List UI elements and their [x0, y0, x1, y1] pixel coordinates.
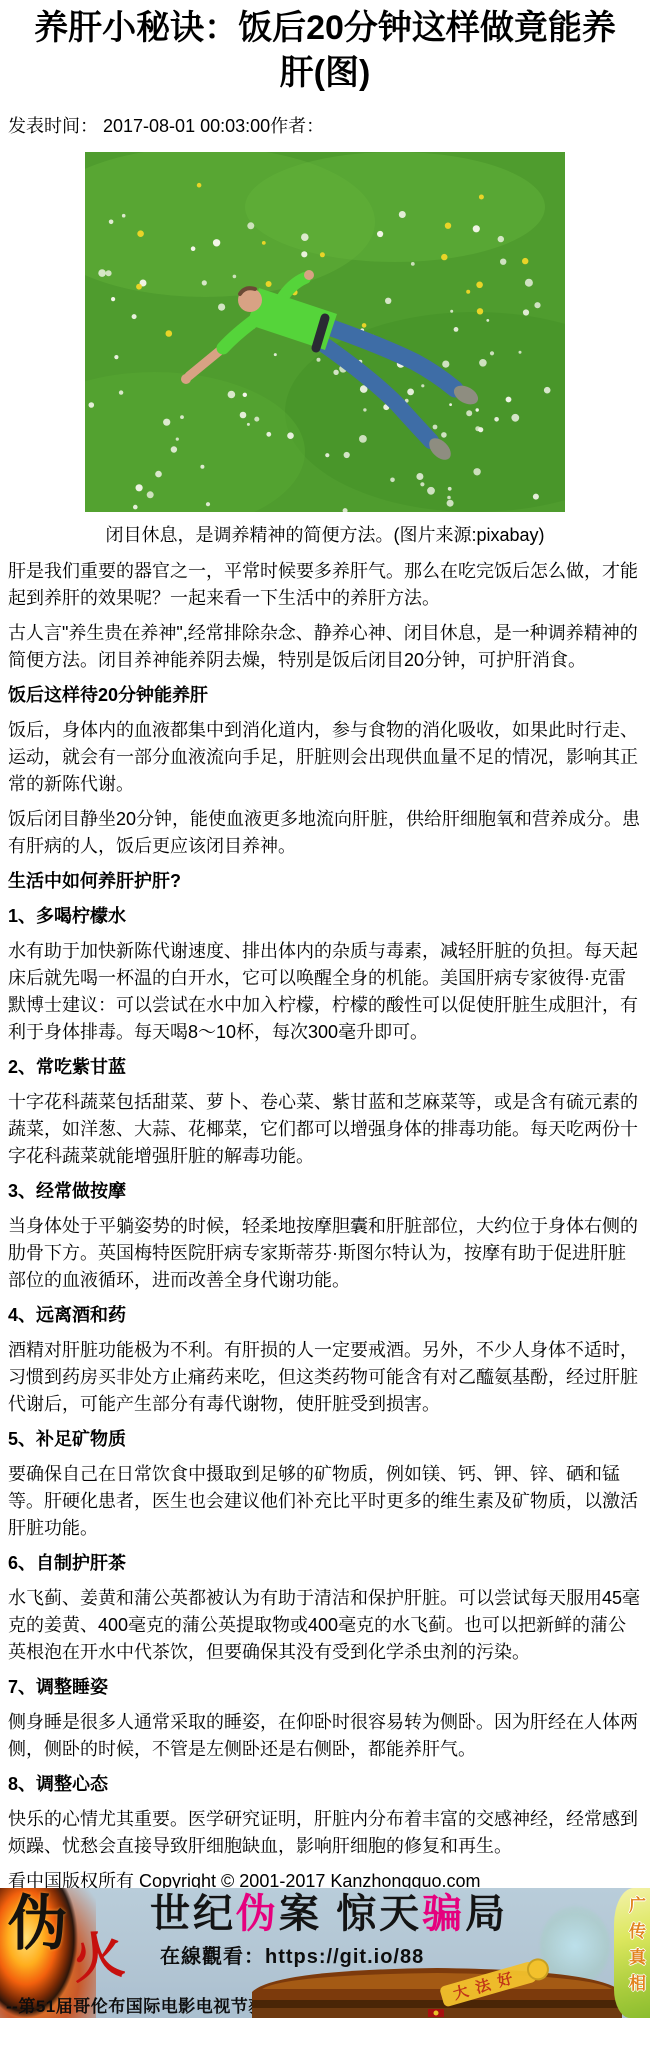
ad-fire-char-top: 伪 [8, 1894, 68, 1954]
paragraph: 饭后，身体内的血液都集中到消化道内，参与食物的消化吸收，如果此时行走、运动，就会… [8, 717, 642, 798]
grass-photo-illustration [85, 152, 565, 512]
paragraph: 快乐的心情尤其重要。医学研究证明，肝脏内分布着丰富的交感神经，经常感到烦躁、忧愁… [8, 1806, 642, 1860]
section-heading: 饭后这样待20分钟能养肝 [8, 682, 642, 709]
ad-side-slogan: 广传真相 [627, 1896, 644, 2000]
section-heading: 5、补足矿物质 [8, 1426, 642, 1453]
paragraph: 饭后闭目静坐20分钟，能使血液更多地流向肝脏，供给肝细胞氧和营养成分。患有肝病的… [8, 806, 642, 860]
paragraph: 水飞蓟、姜黄和蒲公英都被认为有助于清洁和保护肝脏。可以尝试每天服用45毫克的姜黄… [8, 1585, 642, 1666]
palace-roof-graphic: 大法好 [252, 1940, 622, 2018]
article-body: 肝是我们重要的器官之一，平常时候要多养肝气。那么在吃完饭后怎么做，才能起到养肝的… [0, 558, 650, 1860]
section-heading: 4、远离酒和药 [8, 1302, 642, 1329]
ad-headline-part: 案 惊天 [279, 1892, 422, 1936]
ad-fire-char-bottom: 火 [69, 1929, 128, 1988]
section-heading: 1、多喝柠檬水 [8, 903, 642, 930]
ad-headline-part: 伪 [236, 1892, 279, 1936]
article-photo [85, 152, 565, 512]
photo-caption: 闭目休息，是调养精神的简便方法。(图片来源:pixabay) [8, 522, 642, 548]
paragraph: 古人言"养生贵在养神",经常排除杂念、静养心神、闭目休息，是一种调养精神的简便方… [8, 620, 642, 674]
ad-headline-part: 局 [465, 1892, 508, 1936]
page-title: 养肝小秘诀：饭后20分钟这样做竟能养肝(图) [19, 6, 631, 96]
section-heading: 2、常吃紫甘蓝 [8, 1054, 642, 1081]
paragraph: 肝是我们重要的器官之一，平常时候要多养肝气。那么在吃完饭后怎么做，才能起到养肝的… [8, 558, 642, 612]
ad-banner[interactable]: 伪 火 世纪伪案 惊天骗局 在線觀看：https://git.io/88 --第… [0, 1888, 650, 2018]
paragraph: 十字花科蔬菜包括甜菜、萝卜、卷心菜、紫甘蓝和芝麻菜等，或是含有硫元素的蔬菜，如洋… [8, 1089, 642, 1170]
section-heading: 3、经常做按摩 [8, 1178, 642, 1205]
section-heading: 8、调整心态 [8, 1771, 642, 1798]
ad-headline: 世纪伪案 惊天骗局 [150, 1892, 508, 1936]
paragraph: 侧身睡是很多人通常采取的睡姿，在仰卧时很容易转为侧卧。因为肝经在人体两侧，侧卧的… [8, 1709, 642, 1763]
paragraph: 水有助于加快新陈代谢速度、排出体内的杂质与毒素，减轻肝脏的负担。每天起床后就先喝… [8, 938, 642, 1046]
publish-meta: 发表时间： 2017-08-01 00:03:00作者： [8, 114, 650, 138]
paragraph: 当身体处于平躺姿势的时候，轻柔地按摩胆囊和肝脏部位，大约位于身体右侧的肋骨下方。… [8, 1213, 642, 1294]
paragraph: 要确保自己在日常饮食中摄取到足够的矿物质，例如镁、钙、钾、锌、硒和锰等。肝硬化患… [8, 1461, 642, 1542]
section-heading: 生活中如何养肝护肝? [8, 868, 642, 895]
ad-headline-part: 骗 [422, 1892, 465, 1936]
ad-headline-part: 世纪 [150, 1892, 236, 1936]
section-heading: 7、调整睡姿 [8, 1674, 642, 1701]
section-heading: 6、自制护肝茶 [8, 1550, 642, 1577]
article-photo-wrap [0, 152, 650, 512]
paragraph: 酒精对肝脏功能极为不利。有肝损的人一定要戒酒。另外，不少人身体不适时，习惯到药房… [8, 1337, 642, 1418]
